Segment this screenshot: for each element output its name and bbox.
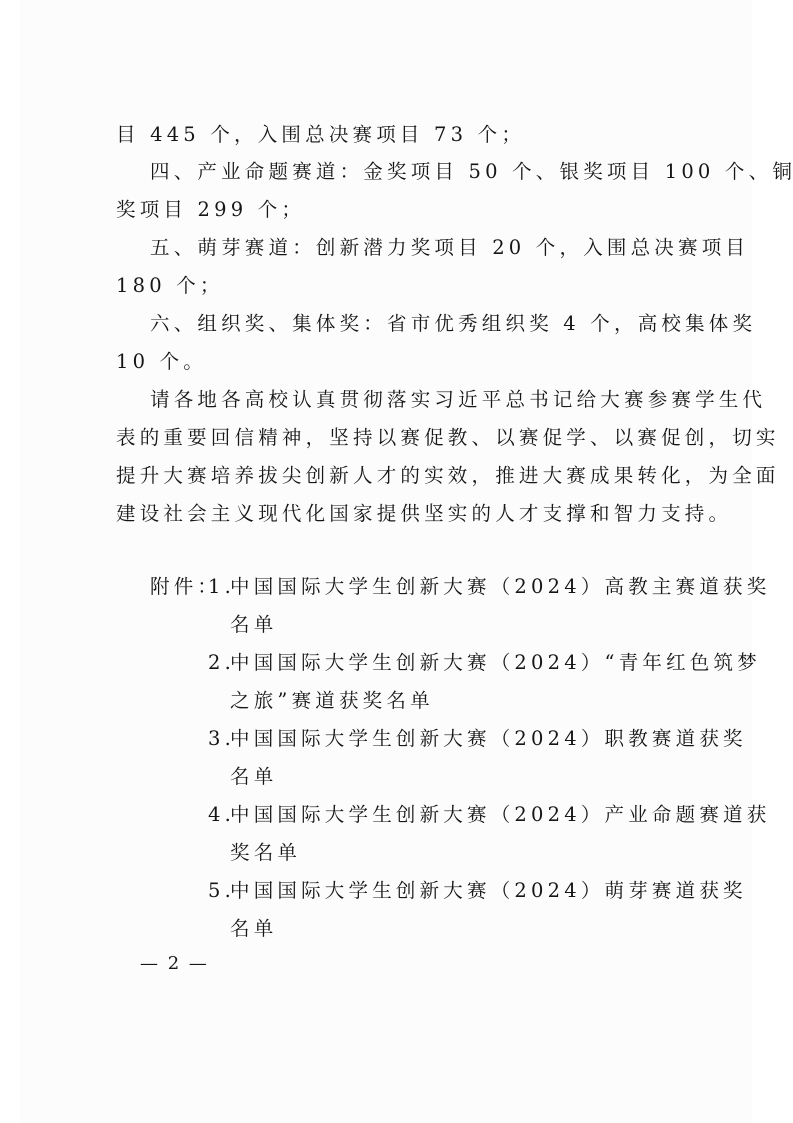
body-line: 奖项目 299 个；	[116, 198, 305, 222]
attachment-title: 中国国际大学生创新大赛（2024）萌芽赛道获奖	[230, 879, 747, 903]
body-line: 建设社会主义现代化国家提供坚实的人才支撑和智力支持。	[116, 502, 732, 526]
document-page: 目 445 个，入围总决赛项目 73 个； 四、产业命题赛道：金奖项目 50 个…	[20, 0, 752, 1123]
attachment-title-cont: 奖名单	[230, 841, 301, 865]
body-line: 180 个；	[116, 274, 224, 298]
attachment-title: 中国国际大学生创新大赛（2024）“青年红色筑梦	[230, 651, 761, 675]
attachment-title-cont: 之旅”赛道获奖名单	[230, 689, 434, 713]
body-line: 表的重要回信精神，坚持以赛促教、以赛促学、以赛促创，切实	[116, 426, 780, 450]
attachment-title-cont: 名单	[230, 917, 277, 941]
attachment-title: 中国国际大学生创新大赛（2024）职教赛道获奖	[230, 727, 747, 751]
body-line: 六、组织奖、集体奖：省市优秀组织奖 4 个，高校集体奖	[150, 312, 756, 336]
page-number: — 2 —	[140, 952, 209, 976]
body-line: 目 445 个，入围总决赛项目 73 个；	[116, 123, 525, 147]
body-line: 提升大赛培养拔尖创新人才的实效，推进大赛成果转化，为全面	[116, 464, 780, 488]
body-line: 四、产业命题赛道：金奖项目 50 个、银奖项目 100 个、铜	[150, 160, 793, 184]
attachment-title-cont: 名单	[230, 765, 277, 789]
attachment-title: 中国国际大学生创新大赛（2024）产业命题赛道获	[230, 803, 770, 827]
attachment-title: 中国国际大学生创新大赛（2024）高教主赛道获奖	[230, 575, 770, 599]
attachment-title-cont: 名单	[230, 613, 277, 637]
body-line: 10 个。	[116, 350, 207, 374]
body-line: 请各地各高校认真贯彻落实习近平总书记给大赛参赛学生代	[150, 388, 766, 412]
body-line: 五、萌芽赛道：创新潜力奖项目 20 个，入围总决赛项目	[150, 236, 749, 260]
